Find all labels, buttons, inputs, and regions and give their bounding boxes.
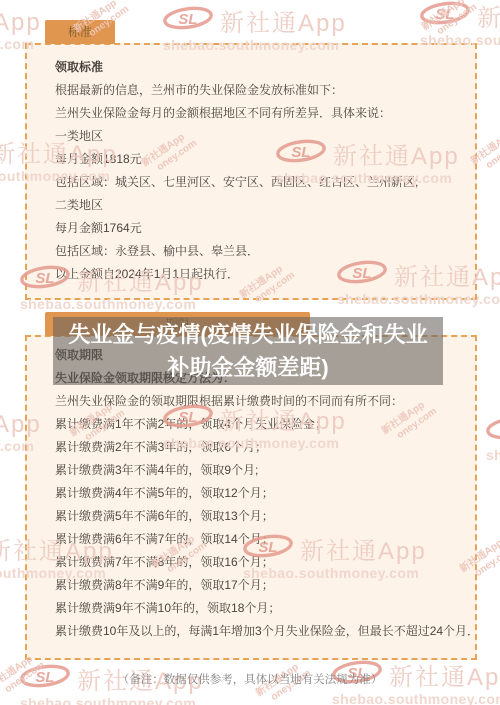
article-title-overlay: 失业金与疫情(疫情失业保险金和失业 补助金金额差距)	[53, 317, 443, 385]
text-line: 每月金额1818元	[55, 148, 469, 171]
text-line: 累计缴费满2年不满3年的，领取6个月；	[55, 436, 469, 459]
card-standard: 领取标准根据最新的信息，兰州市的失业保险金发放标准如下：兰州失业保险金每月的金额…	[25, 43, 477, 300]
card-standard-content: 领取标准根据最新的信息，兰州市的失业保险金发放标准如下：兰州失业保险金每月的金额…	[27, 45, 475, 286]
watermark-brand: 新社通App	[477, 0, 500, 33]
brand-logo-icon: SL	[486, 416, 500, 440]
text-line: 累计缴费满8年不满9年的，领取17个月；	[55, 574, 469, 597]
text-line: 每月金额1764元	[55, 217, 469, 240]
watermark-brand-group: SL新社通Appshebao.southmoney.com	[420, 0, 500, 48]
text-line: 以上金额自2024年1月1日起执行．	[55, 263, 469, 286]
text-line: 累计缴费满5年不满6年的，领取13个月；	[55, 505, 469, 528]
text-line: 累计缴费满3年不满4年的，领取9个月;	[55, 459, 469, 482]
brand-logo-icon: SL	[163, 6, 213, 30]
watermark-url: shebao.southmoney.com	[486, 447, 500, 463]
svg-text:SL: SL	[435, 6, 454, 23]
text-line: 累计缴费满6年不满7年的，领取14个月；	[55, 528, 469, 551]
watermark-small: 新社通Apponey.com	[420, 0, 480, 44]
text-line: 累计缴费满9年不满10年的，领取18个月；	[55, 597, 469, 620]
article-title-line2: 补助金金额差距)	[53, 351, 443, 384]
watermark-brand: 新社通App	[220, 3, 347, 38]
text-line: 一类地区	[55, 125, 469, 148]
text-line: 累计缴费10年及以上的，每满1年增加3个月失业保险金，但最长不超过24个月．	[55, 620, 469, 643]
text-line: 累计缴费满4年不满5年的，领取12个月；	[55, 482, 469, 505]
text-line: 领取标准	[55, 56, 469, 79]
text-line: 兰州失业保险金每月的金额根据地区不同有所差异．具体来说：	[55, 102, 469, 125]
footer-note: （备注：数据仅供参考，具体以当地有关法规为准）	[0, 671, 500, 687]
watermark-url: shebao.southmoney.com	[20, 695, 204, 705]
text-line: 累计缴费满7年不满8年的，领取16个月；	[55, 551, 469, 574]
text-line: 包括区域：永登县、榆中县、皋兰县．	[55, 240, 469, 263]
watermark-brand-group: SL新社通Appshebao.southmoney.com	[486, 413, 500, 463]
text-line: 累计缴费满1年不满2年的，领取4个月失业保险金；	[55, 413, 469, 436]
watermark-url: shebao.southmoney.com	[332, 691, 500, 705]
brand-logo-icon: SL	[420, 1, 470, 25]
text-line: 根据最新的信息，兰州市的失业保险金发放标准如下：	[55, 79, 469, 102]
text-line: 兰州失业保险金的领取期限根据累计缴费时间的不同而有所不同：	[55, 390, 469, 413]
watermark-brand: 新社通App	[0, 2, 42, 37]
text-line: 二类地区	[55, 194, 469, 217]
text-line: 包括区域：城关区、七里河区、安宁区、西固区、红古区、兰州新区;	[55, 171, 469, 194]
article-title-line1: 失业金与疫情(疫情失业保险金和失业	[53, 318, 443, 351]
svg-text:SL: SL	[178, 11, 197, 28]
tab-standard: 标准	[45, 20, 115, 44]
